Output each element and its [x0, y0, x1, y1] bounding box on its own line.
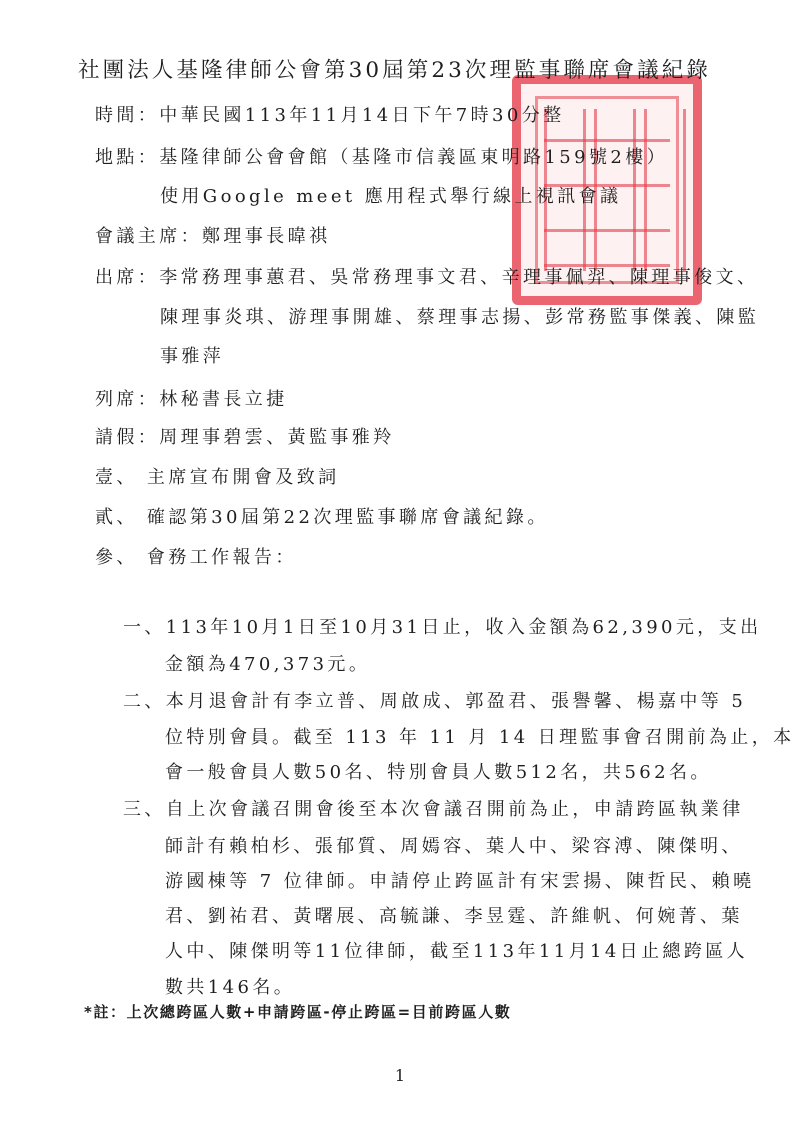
attendees-line-2: 陳理事炎琪、游理事開雄、蔡理事志揚、彭常務監事傑義、陳監 [160, 306, 759, 330]
agenda-item-1: 壹、 主席宣布開會及致詞 [95, 466, 340, 490]
agenda-item-3: 參、 會務工作報告： [95, 546, 297, 570]
report-item-3-line-6: 數共146名。 [165, 976, 295, 1000]
report-item-1-line-1: 一、113年10月1日至10月31日止，收入金額為62,390元，支出 [123, 616, 762, 640]
observers: 列席：林秘書長立捷 [95, 388, 288, 412]
report-item-3-line-3: 游國棟等 7 位律師。申請停止跨區計有宋雲揚、陳哲民、賴曉 [165, 870, 755, 894]
report-item-3-line-5: 人中、陳傑明等11位律師，截至113年11月14日止總跨區人 [165, 940, 748, 964]
seal-glyph-column [644, 109, 686, 271]
report-item-2-line-2: 位特別會員。截至 113 年 11 月 14 日理監事會召開前為止，本 [165, 726, 795, 750]
report-item-2-line-1: 二、本月退會計有李立普、周啟成、郭盈君、張譽馨、楊嘉中等 5 [123, 690, 746, 714]
report-item-3-line-4: 君、劉祐君、黃曙展、高毓謙、李昱霆、許維帆、何婉菁、葉 [165, 905, 743, 929]
meeting-location: 地點：基隆律師公會會館（基隆市信義區東明路159號2樓） [95, 146, 668, 170]
report-item-2-line-3: 會一般會員人數50名、特別會員人數512名，共562名。 [165, 761, 712, 785]
report-item-3-line-1: 三、自上次會議召開會後至本次會議召開前為止，申請跨區執業律 [123, 798, 744, 822]
report-item-1-line-2: 金額為470,373元。 [165, 653, 370, 677]
report-item-3-line-2: 師計有賴柏杉、張郁質、周嫣容、葉人中、梁容溥、陳傑明、 [165, 835, 743, 859]
meeting-location-online: 使用Google meet 應用程式舉行線上視訊會議 [160, 185, 621, 209]
page-number: 1 [0, 1066, 800, 1086]
seal-glyph-stroke [544, 139, 670, 142]
document-title: 社團法人基隆律師公會第30屆第23次理監事聯席會議紀錄 [78, 58, 711, 84]
attendees-line-3: 事雅萍 [160, 345, 224, 369]
attendees-line-1: 出席：李常務理事蕙君、吳常務理事文君、辛理事佩羿、陳理事俊文、 [95, 266, 758, 290]
footnote: *註：上次總跨區人數+申請跨區-停止跨區=目前跨區人數 [84, 1001, 511, 1023]
meeting-chair: 會議主席：鄭理事長暐祺 [95, 225, 330, 249]
document-page: 社團法人基隆律師公會第30屆第23次理監事聯席會議紀錄 時間：中華民國113年1… [0, 0, 800, 1132]
agenda-item-2: 貳、 確認第30屆第22次理監事聯席會議紀錄。 [95, 506, 549, 530]
seal-glyph-stroke [544, 229, 670, 232]
meeting-time: 時間：中華民國113年11月14日下午7時30分整 [95, 104, 565, 128]
absentees: 請假：周理事碧雲、黃監事雅羚 [95, 426, 395, 450]
